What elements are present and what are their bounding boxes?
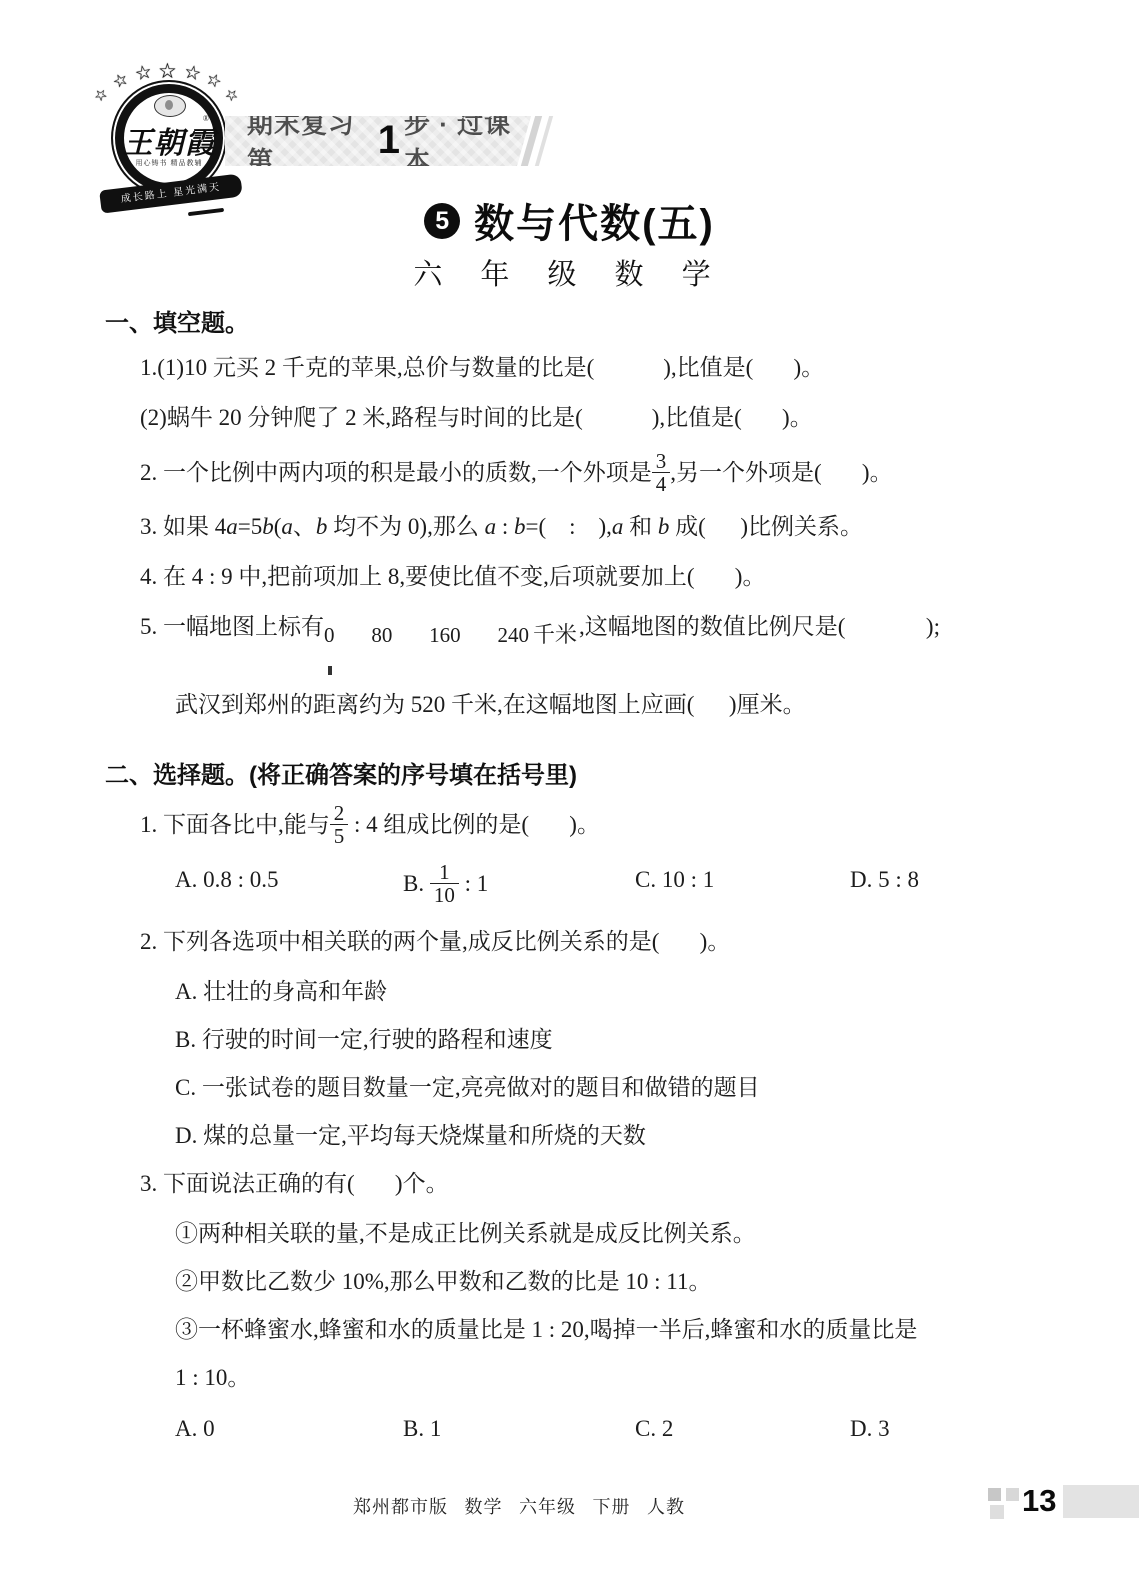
math-var-a: a <box>612 514 624 539</box>
fraction-denominator: 4 <box>652 472 671 495</box>
option-b: B. 110 : 1 <box>403 863 635 908</box>
ruler-unit: 千米 <box>533 623 577 679</box>
fraction-3-4: 34 <box>652 450 671 495</box>
fraction-2-5: 25 <box>330 802 349 847</box>
page-number-band <box>1063 1485 1139 1518</box>
option-b-post: : 1 <box>459 871 488 896</box>
page-title: 数与代数(五) <box>474 192 715 249</box>
cq3-statement-2: ②甲数比乙数少 10%,那么甲数和乙数的比是 10 : 11。 <box>175 1266 1060 1298</box>
banner-text-post: 步 · 过课本 <box>404 104 531 178</box>
math-var-a: a <box>485 514 497 539</box>
math-var-a: a <box>281 514 293 539</box>
star-icon: ☆ <box>90 84 112 106</box>
q2-text-pre: 2. 一个比例中两内项的积是最小的质数,一个外项是 <box>140 460 652 485</box>
footer-deco-square <box>988 1488 1001 1501</box>
option-b: B. 1 <box>403 1412 635 1446</box>
banner-text-pre: 期末复习第 <box>247 104 375 178</box>
question-1-2: (2)蜗牛 20 分钟爬了 2 米,路程与时间的比是( ),比值是( )。 <box>140 402 1060 434</box>
fraction-numerator: 3 <box>652 450 671 472</box>
choice-question-3: 3. 下面说法正确的有( )个。 <box>140 1168 1060 1200</box>
q3-part: 均不为 0),那么 <box>327 514 484 539</box>
question-5: 5. 一幅地图上标有080160240千米,这幅地图的数值比例尺是( ); <box>140 611 1060 679</box>
section-number-badge: 5 <box>424 203 460 239</box>
registered-mark: ® <box>203 114 209 123</box>
cq2-option-a: A. 壮壮的身高和年龄 <box>175 976 1060 1008</box>
q3-part: 成( )比例关系。 <box>669 514 863 539</box>
choice-question-2: 2. 下列各选项中相关联的两个量,成反比例关系的是( )。 <box>140 926 1060 958</box>
cq2-option-d: D. 煤的总量一定,平均每天烧煤量和所烧的天数 <box>175 1120 1060 1152</box>
ruler-tick-label: 80 <box>371 623 392 647</box>
cq1-text-pre: 1. 下面各比中,能与 <box>140 812 330 837</box>
page-title-row: 5数与代数(五) <box>0 192 1139 249</box>
option-c: C. 2 <box>635 1412 850 1446</box>
section2-heading: 二、选择题。(将正确答案的序号填在括号里) <box>105 755 1060 790</box>
brand-subtext: 用心铸书 精品教辅 <box>113 158 225 168</box>
math-var-b: b <box>658 514 670 539</box>
choice-question-1-options: A. 0.8 : 0.5 B. 110 : 1 C. 10 : 1 D. 5 :… <box>175 863 1060 908</box>
question-5-line2: 武汉到郑州的距离约为 520 千米,在这幅地图上应画( )厘米。 <box>175 689 1060 721</box>
ruler: 080160240 <box>326 623 531 679</box>
math-var-a: a <box>226 514 238 539</box>
question-2: 2. 一个比例中两内项的积是最小的质数,一个外项是34,另一个外项是( )。 <box>140 452 1060 497</box>
choice-question-3-options: A. 0 B. 1 C. 2 D. 3 <box>175 1412 1060 1446</box>
math-var-b: b <box>316 514 328 539</box>
option-b-label: B. <box>403 871 430 896</box>
q5-text-pre: 5. 一幅地图上标有 <box>140 614 324 639</box>
page-subtitle: 六 年 级 数 学 <box>0 252 1139 293</box>
star-icon: ☆ <box>221 84 243 106</box>
ruler-tick-label: 0 <box>324 623 335 647</box>
portrait-head <box>165 100 173 110</box>
fraction-numerator: 1 <box>430 861 459 883</box>
cq3-statement-1: ①两种相关联的量,不是成正比例关系就是成反比例关系。 <box>175 1218 1060 1250</box>
option-a: A. 0.8 : 0.5 <box>175 863 403 908</box>
q5-text-post: ,这幅地图的数值比例尺是( ); <box>579 614 940 639</box>
cq1-text-post: : 4 组成比例的是( )。 <box>348 812 600 837</box>
fraction-1-10: 110 <box>430 861 459 906</box>
cq3-statement-3: ③一杯蜂蜜水,蜂蜜和水的质量比是 1 : 20,喝掉一半后,蜂蜜和水的质量比是 <box>175 1314 1060 1346</box>
fraction-numerator: 2 <box>330 802 349 824</box>
star-icon: ☆ <box>202 69 224 94</box>
q3-part: 、 <box>293 514 316 539</box>
header-banner: 期末复习第 1 步 · 过课本 <box>225 116 531 166</box>
portrait-icon <box>154 95 186 117</box>
q3-part: =5 <box>238 514 262 539</box>
option-d: D. 5 : 8 <box>850 863 1060 908</box>
star-icon: ☆ <box>109 69 131 94</box>
question-3: 3. 如果 4a=5b(a、b 均不为 0),那么 a : b=( : ),a … <box>140 511 1060 543</box>
footer-deco-square <box>990 1505 1004 1519</box>
section1-heading: 一、填空题。 <box>105 303 1060 338</box>
ruler-tick-label: 160 <box>429 623 461 647</box>
q3-part: : <box>496 514 514 539</box>
cq2-option-b: B. 行驶的时间一定,行驶的路程和速度 <box>175 1024 1060 1056</box>
math-var-b: b <box>262 514 274 539</box>
cq2-option-c: C. 一张试卷的题目数量一定,亮亮做对的题目和做错的题目 <box>175 1072 1060 1104</box>
footer-deco-square <box>1006 1488 1019 1501</box>
ruler-tick <box>328 666 330 675</box>
question-1-1: 1.(1)10 元买 2 千克的苹果,总价与数量的比是( ),比值是( )。 <box>140 352 1060 384</box>
footer-edition-info: 郑州都市版 数学 六年级 下册 人教 <box>353 1493 685 1519</box>
option-d: D. 3 <box>850 1412 1060 1446</box>
map-scale-ruler: 080160240千米 <box>326 623 577 679</box>
option-a: A. 0 <box>175 1412 403 1446</box>
math-var-b: b <box>514 514 526 539</box>
question-4: 4. 在 4 : 9 中,把前项加上 8,要使比值不变,后项就要加上( )。 <box>140 561 1060 593</box>
q3-part: 和 <box>623 514 658 539</box>
banner-step-number: 1 <box>378 118 401 163</box>
q3-part: =( : ), <box>525 514 611 539</box>
worksheet-content: 一、填空题。 1.(1)10 元买 2 千克的苹果,总价与数量的比是( ),比值… <box>105 303 1060 1464</box>
ruler-tick-label: 240 <box>497 623 529 647</box>
q3-part: 3. 如果 4 <box>140 514 226 539</box>
option-c: C. 10 : 1 <box>635 863 850 908</box>
fraction-denominator: 5 <box>330 824 349 847</box>
q2-text-post: ,另一个外项是( )。 <box>670 460 892 485</box>
cq3-statement-3-cont: 1 : 10。 <box>175 1362 1060 1394</box>
ruler-tick <box>330 666 332 675</box>
ruler-numbers: 080160240 <box>326 623 531 647</box>
brand-name: 王朝霞 <box>113 118 225 162</box>
page-number: 13 <box>1022 1483 1056 1519</box>
choice-question-1: 1. 下面各比中,能与25 : 4 组成比例的是( )。 <box>140 804 1060 849</box>
fraction-denominator: 10 <box>430 883 459 906</box>
